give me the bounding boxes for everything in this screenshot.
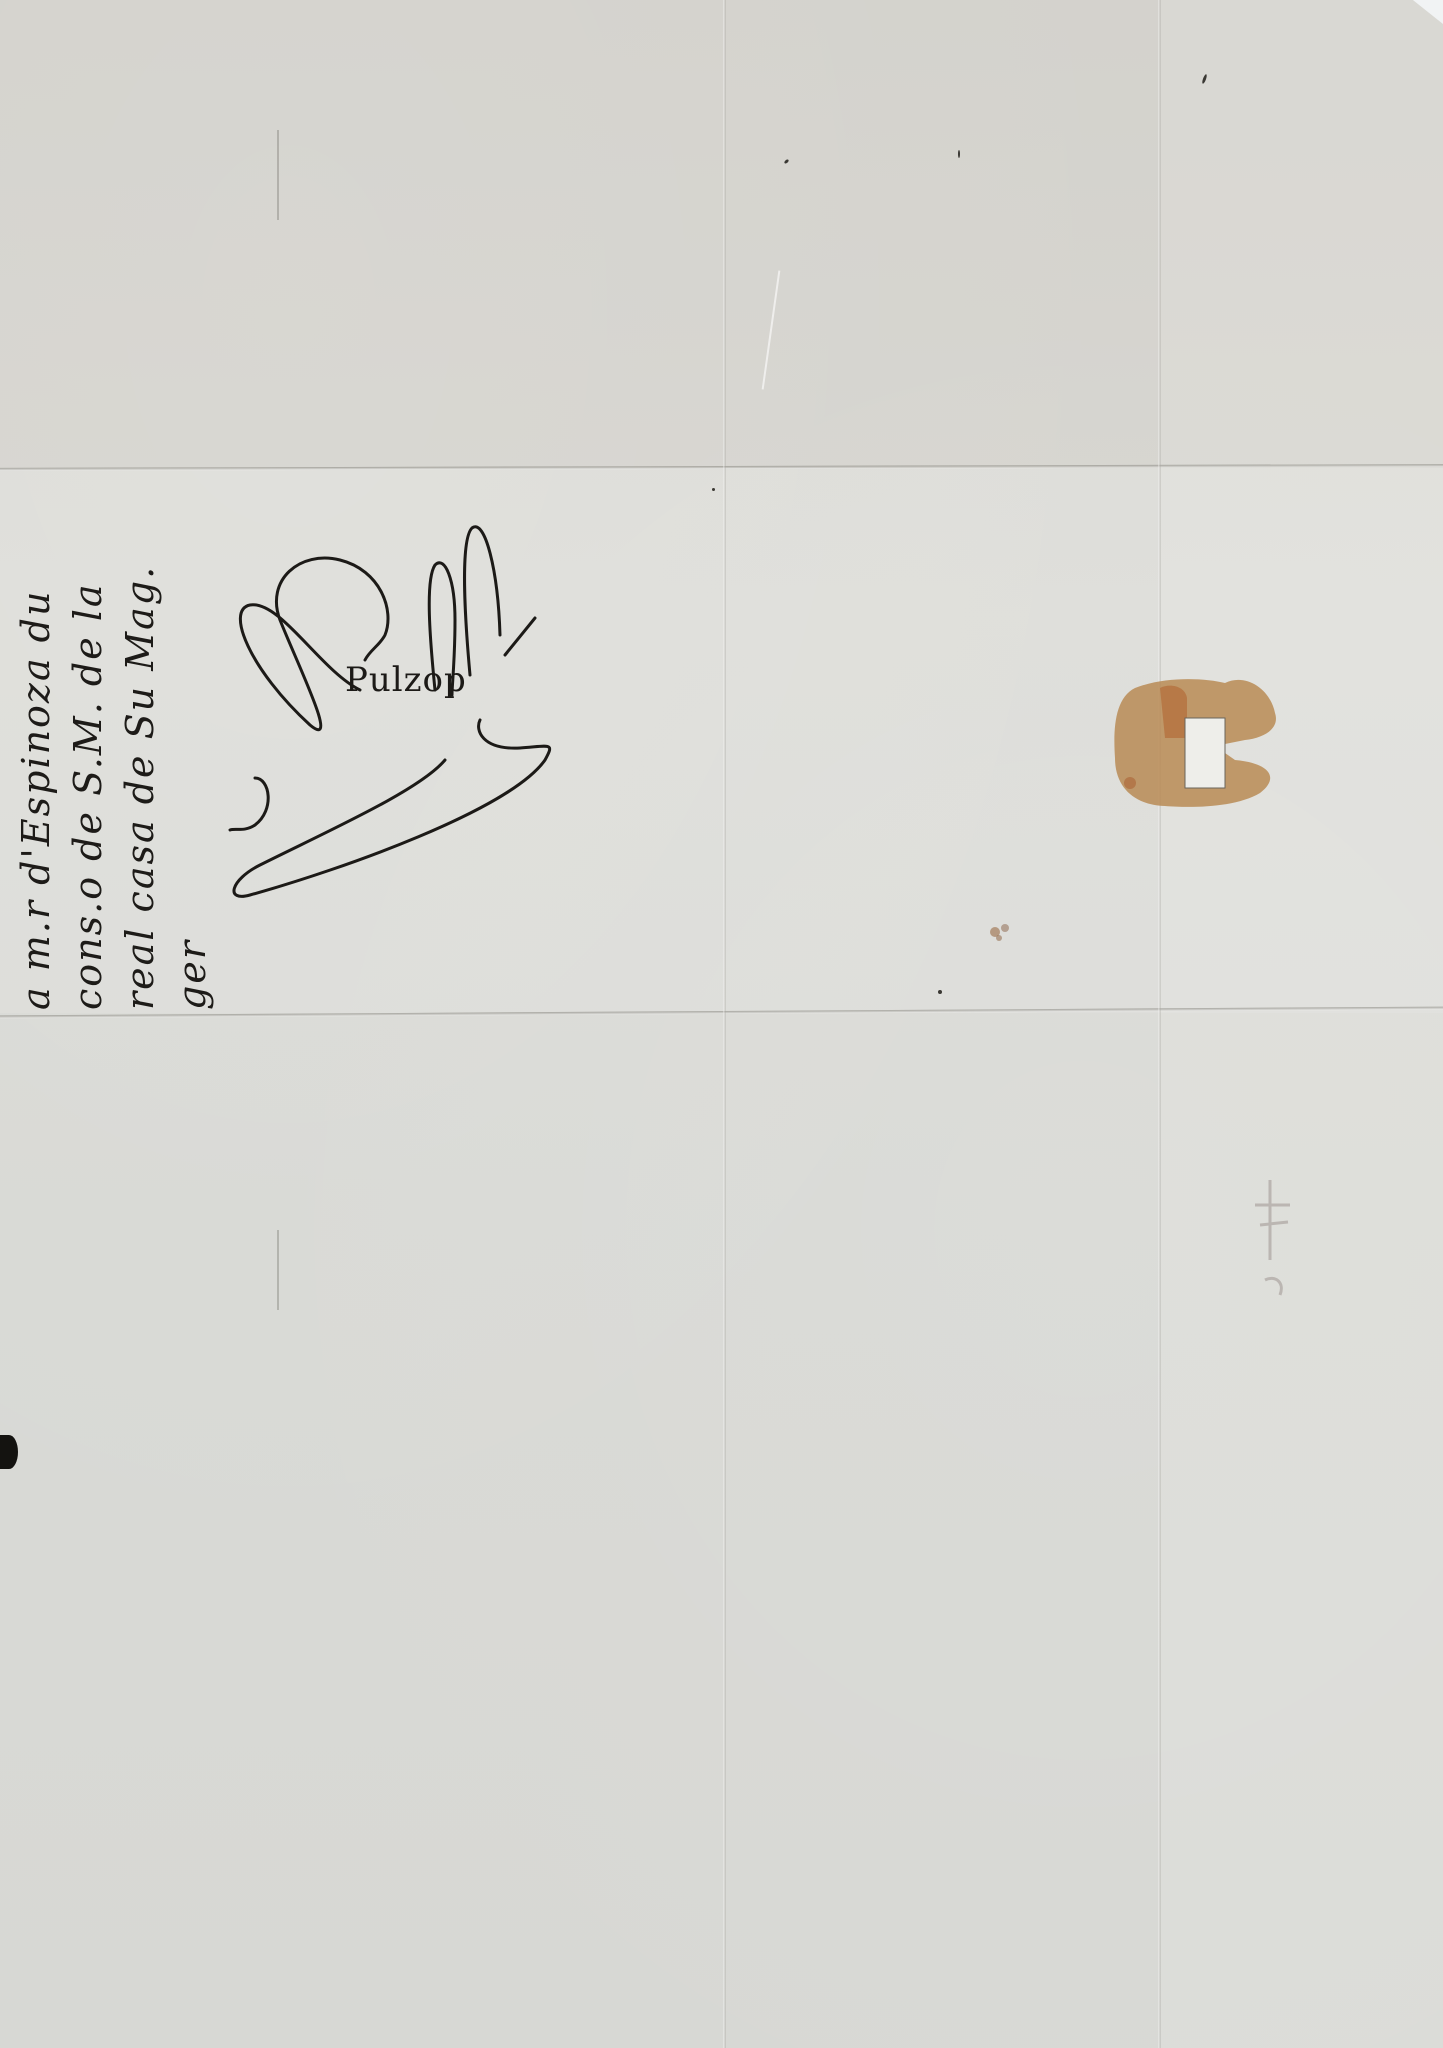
wax-seal: [1095, 668, 1285, 818]
signature-text: Pulzop: [345, 660, 467, 700]
ink-blot: [0, 1435, 18, 1469]
paper-crease: [277, 130, 279, 220]
address-line-4: ger: [166, 480, 218, 1010]
address-annotation: a m.r d'Espinoza du cons.o de S.M. de la…: [10, 480, 230, 1010]
show-through-writing: [1240, 1170, 1310, 1310]
paper-crease: [277, 1230, 279, 1310]
address-line-1: a m.r d'Espinoza du: [10, 480, 62, 1010]
wax-seal-icon: [1095, 668, 1285, 818]
ink-speck: [958, 150, 960, 158]
address-line-3: real casa de Su Mag.: [114, 480, 166, 1010]
vertical-fold-center: [723, 0, 726, 2048]
rust-stain: [985, 920, 1015, 944]
signature-flourish-icon: [220, 510, 580, 910]
vertical-fold-right: [1158, 0, 1161, 2048]
signature-rubric: [220, 510, 580, 910]
ink-speck: [938, 990, 942, 994]
letter-sheet: a m.r d'Espinoza du cons.o de S.M. de la…: [0, 0, 1443, 2048]
fold-panel-right-strip: [1160, 0, 1443, 2048]
address-line-2: cons.o de S.M. de la: [62, 480, 114, 1010]
ink-speck: [712, 488, 715, 491]
